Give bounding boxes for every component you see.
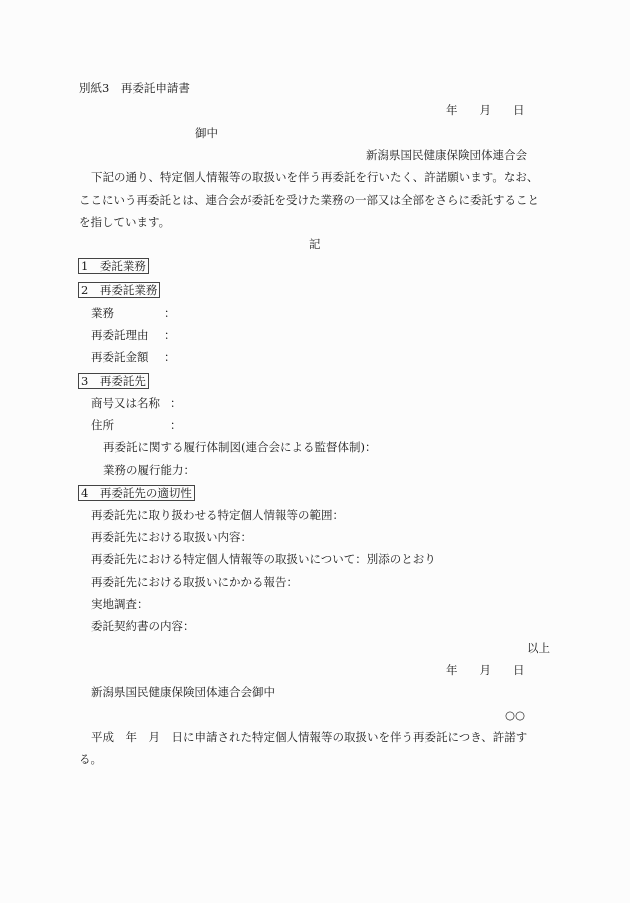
intro-line-3: を指しています。 xyxy=(79,215,170,229)
section-1-heading: 1 委託業務 xyxy=(78,258,149,274)
performance-capability: 業務の履行能力： xyxy=(103,463,195,477)
reply-text-line-1: 平成 年 月 日に申請された特定個人情報等の取扱いを伴う再委託につき、許諾す xyxy=(91,730,527,744)
s4-item-5: 実地調査： xyxy=(91,597,149,611)
field-gyomu-label: 業務 xyxy=(91,306,114,320)
reply-addressee: 新潟県国民健康保険団体連合会御中 xyxy=(91,685,275,699)
year-label: 年 xyxy=(446,103,458,117)
s4-item-2: 再委託先における取扱い内容： xyxy=(91,530,252,544)
field-address-sep: ： xyxy=(170,418,182,432)
section-3-heading: 3 再委託先 xyxy=(78,373,149,389)
field-amount-sep: ： xyxy=(164,350,176,364)
document-title: 別紙3 再委託申請書 xyxy=(79,81,190,95)
field-reason-label: 再委託理由 xyxy=(91,328,149,342)
field-company-sep: ： xyxy=(170,396,182,410)
day-label: 日 xyxy=(513,103,525,117)
intro-line-1: 下記の通り、特定個人情報等の取扱いを伴う再委託を行いたく、許諾願います。なお、 xyxy=(91,170,538,184)
s4-item-3: 再委託先における特定個人情報等の取扱いについて：別添のとおり xyxy=(91,552,436,566)
sender-name: 新潟県国民健康保険団体連合会 xyxy=(366,148,527,162)
reply-date-line: 年月日 xyxy=(446,663,525,677)
field-amount-label: 再委託金額 xyxy=(91,350,149,364)
field-company-label: 商号又は名称 xyxy=(91,396,160,410)
field-gyomu-sep: ： xyxy=(164,306,176,320)
reply-year-label: 年 xyxy=(446,663,458,677)
reply-month-label: 月 xyxy=(480,663,492,677)
field-address-label: 住所 xyxy=(91,418,114,432)
ki-heading: 記 xyxy=(309,237,321,251)
s4-item-6: 委託契約書の内容： xyxy=(91,619,195,633)
s4-item-4: 再委託先における取扱いにかかる報告： xyxy=(91,575,298,589)
reply-signer: ○○ xyxy=(505,708,525,722)
closing-ijo: 以上 xyxy=(527,641,550,655)
supervision-structure: 再委託に関する履行体制図(連合会による監督体制)： xyxy=(103,440,376,454)
addressee: 御中 xyxy=(195,126,218,140)
month-label: 月 xyxy=(480,103,492,117)
s4-item-1: 再委託先に取り扱わせる特定個人情報等の範囲： xyxy=(91,508,344,522)
section-2-heading: 2 再委託業務 xyxy=(78,282,160,298)
reply-text-line-2: る。 xyxy=(79,752,102,766)
date-line: 年月日 xyxy=(446,103,525,117)
intro-line-2: ここにいう再委託とは、連合会が委託を受けた業務の一部又は全部をさらに委託すること xyxy=(79,193,539,207)
field-reason-sep: ： xyxy=(164,328,176,342)
reply-day-label: 日 xyxy=(513,663,525,677)
section-4-heading: 4 再委託先の適切性 xyxy=(78,485,195,501)
